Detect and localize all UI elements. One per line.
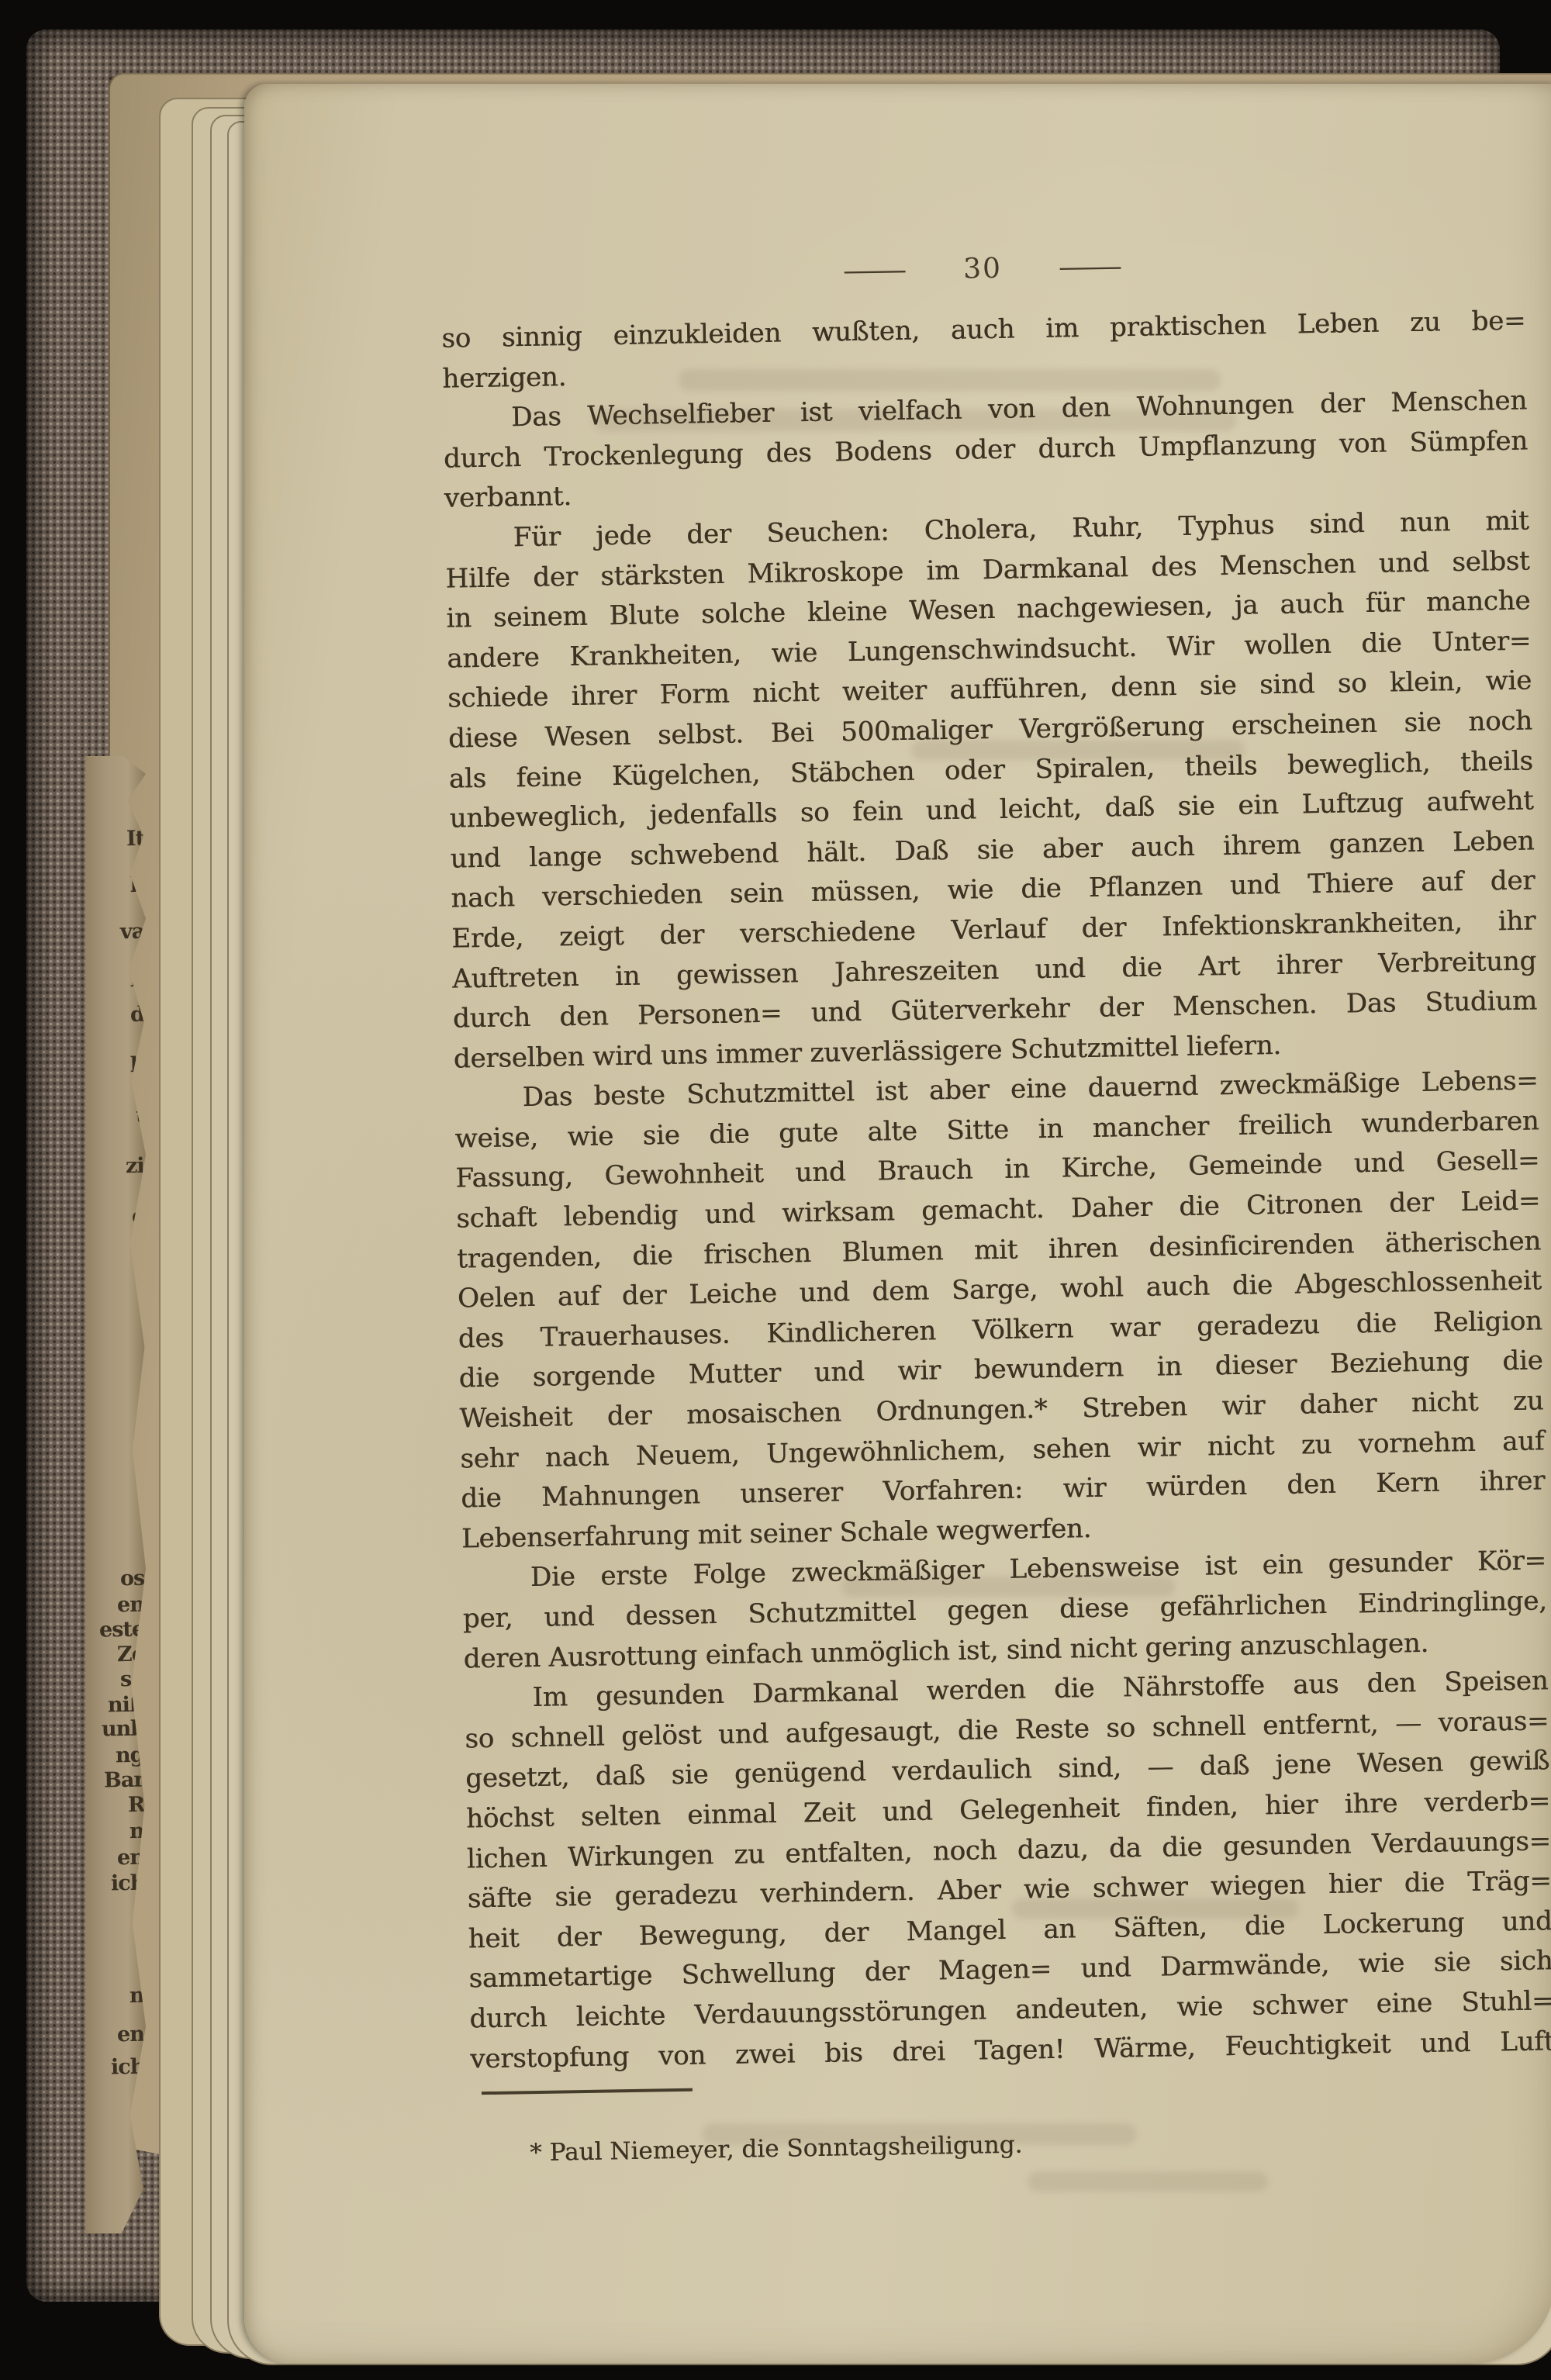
page-number-dash: — [841, 254, 909, 286]
torn-letter-fragment: zi [126, 1155, 144, 1176]
book-photo: ItbvaPdbtzieosenesteZesanißunbngBarRneni… [0, 0, 1551, 2380]
torn-letter-fragment: en [117, 2024, 144, 2046]
body-text: so sinnig einzukleiden wußten, auch im p… [441, 302, 1551, 2080]
text-column: — 30 — so sinnig einzukleiden wußten, au… [440, 238, 1551, 2169]
page-number-dash: — [1056, 250, 1124, 283]
torn-letter-fragment: Bar [104, 1770, 144, 1791]
page-number-value: 30 [963, 252, 1002, 285]
torn-letter-fragment: en [117, 1594, 144, 1616]
torn-letter-fragment: os [120, 1568, 145, 1590]
torn-letter-fragment: R [127, 1794, 144, 1815]
footnote-separator [482, 2088, 693, 2095]
showthrough-smudge [1028, 2171, 1268, 2192]
